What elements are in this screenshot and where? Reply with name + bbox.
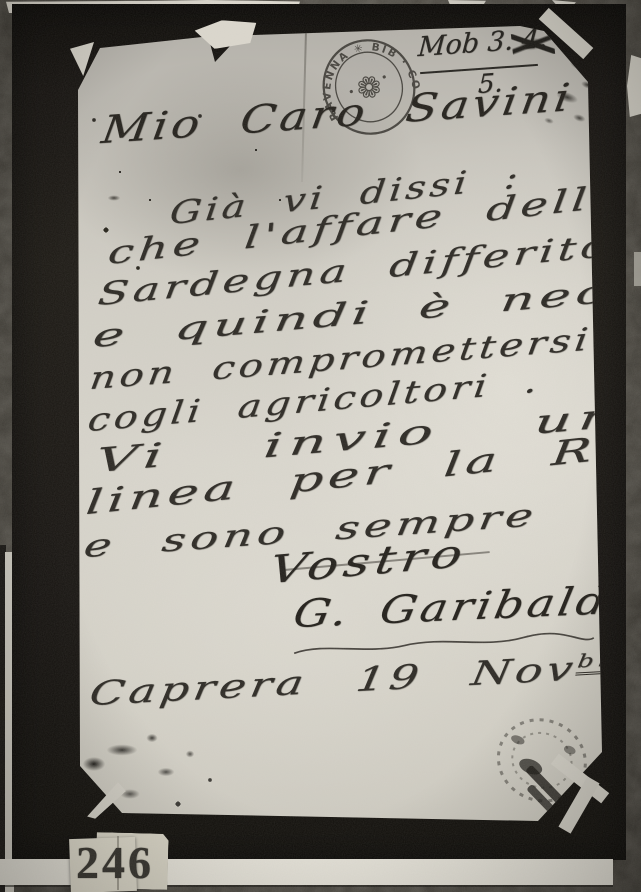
ghost-stamp-bottom-right bbox=[451, 679, 630, 852]
inventory-number: 246 bbox=[76, 836, 154, 889]
inventory-label: 246 bbox=[68, 830, 172, 892]
mount-edge-speck-right bbox=[634, 252, 641, 286]
letter-paper: RAVENNA ✳ BIB · COM ❁ Mob 3. 4. 5. Mio C… bbox=[60, 20, 605, 825]
signature-line: G. Garibaldi bbox=[290, 577, 632, 636]
mount-edge-blob-right bbox=[627, 55, 641, 117]
date-superscript: bre bbox=[576, 648, 635, 675]
archival-photo-page: RAVENNA ✳ BIB · COM ❁ Mob 3. 4. 5. Mio C… bbox=[0, 0, 641, 892]
catalog-annotation-line1: Mob 3. 4. bbox=[417, 23, 549, 63]
letter-photograph: RAVENNA ✳ BIB · COM ❁ Mob 3. 4. 5. Mio C… bbox=[12, 4, 626, 860]
